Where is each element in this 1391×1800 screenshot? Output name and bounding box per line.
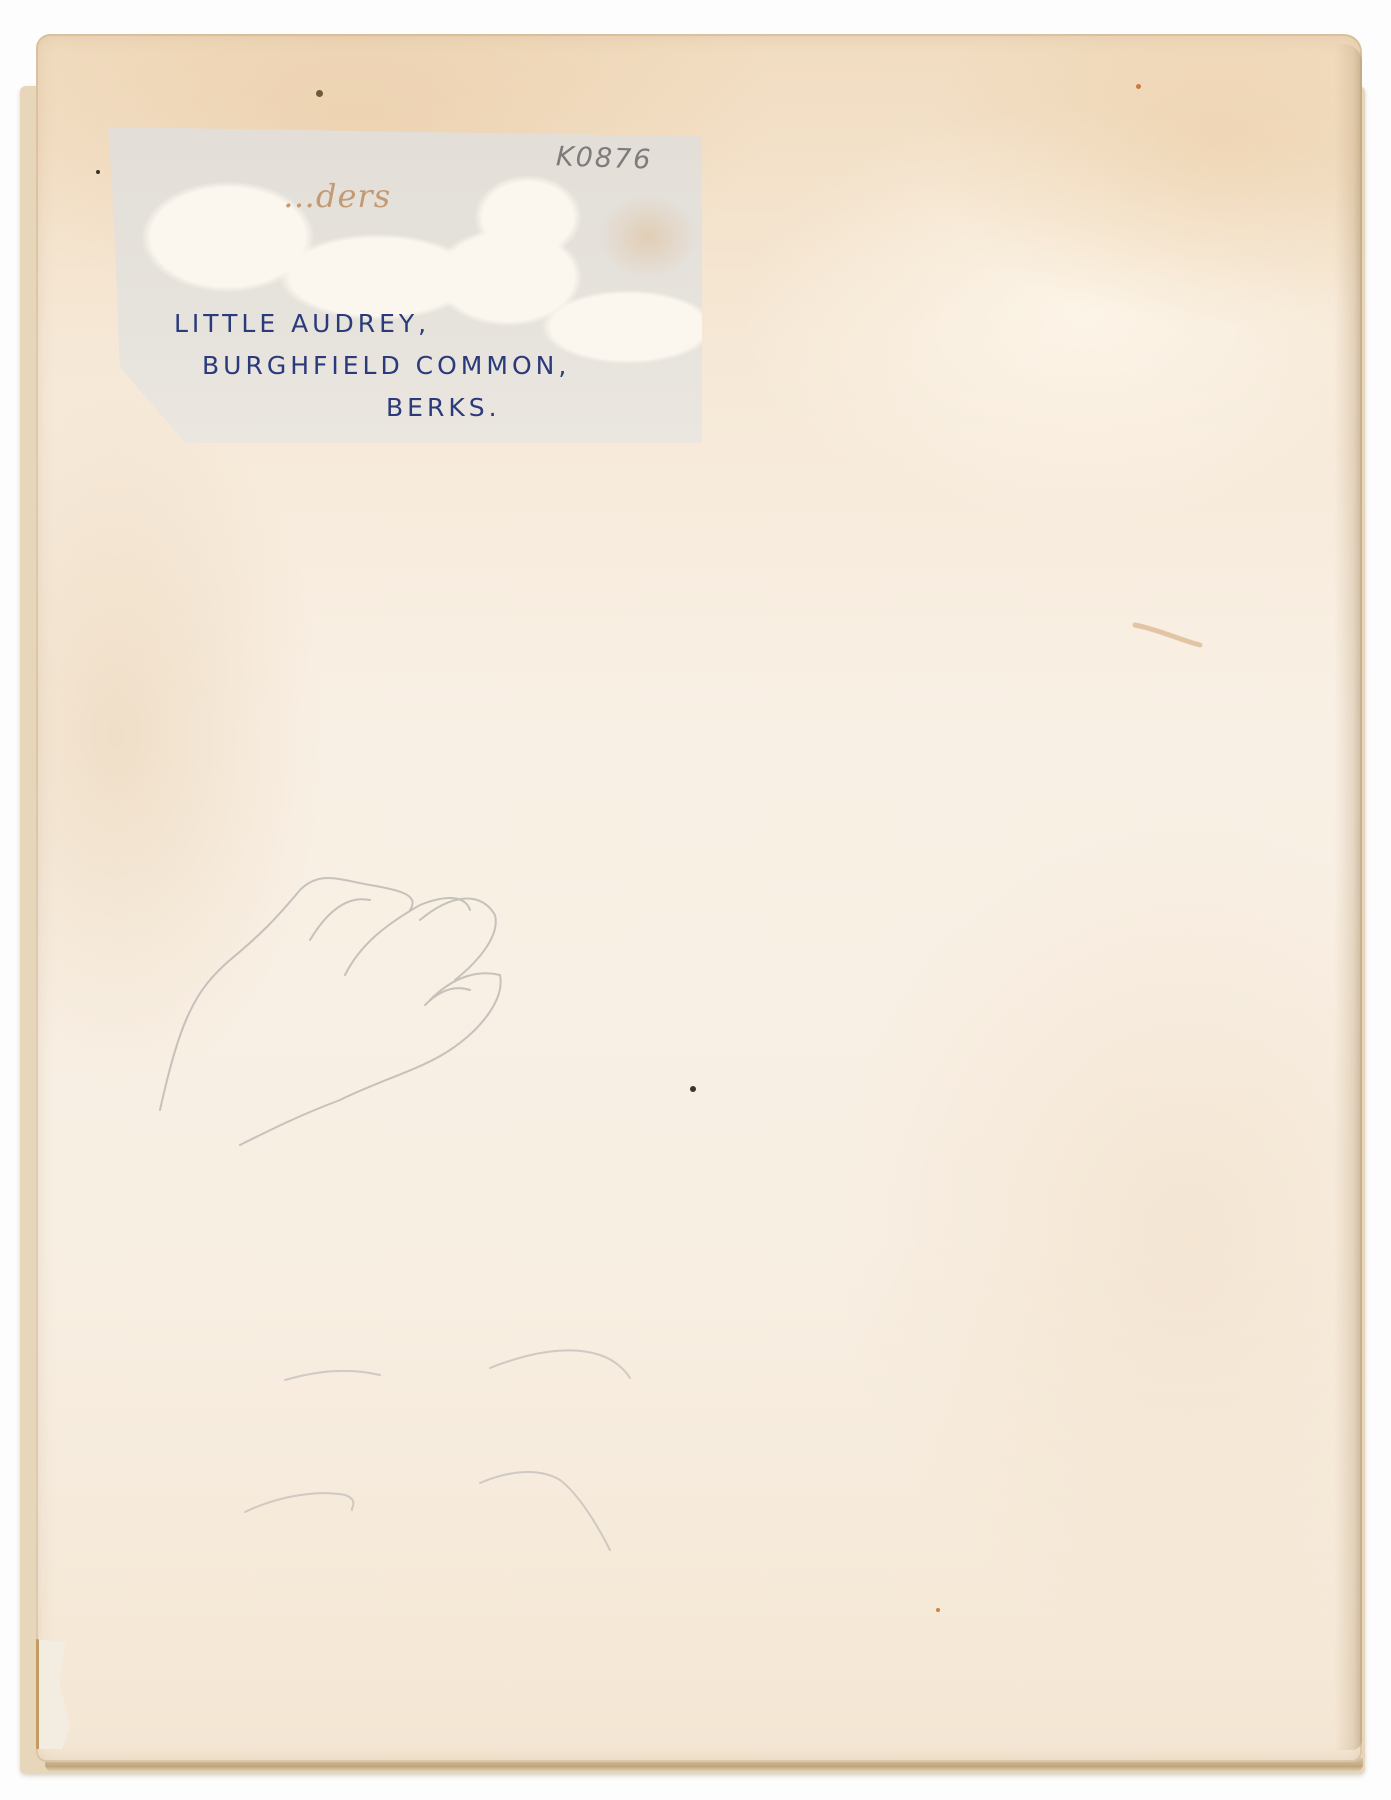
handwritten-fragment: …ders: [283, 177, 391, 215]
address-line-1: LITTLE AUDREY,: [174, 309, 430, 338]
foxing-spot: [690, 1086, 696, 1092]
catalog-number: K0876: [555, 141, 652, 175]
foxing-spot: [316, 90, 323, 97]
foxing-spot: [1136, 84, 1141, 89]
address-line-2: BURGHFIELD COMMON,: [202, 351, 570, 380]
foxing-spot: [936, 1608, 940, 1612]
foxing-spot: [96, 170, 100, 174]
address-label: K0876 …ders LITTLE AUDREY, BURGHFIELD CO…: [108, 127, 702, 443]
address-line-3: BERKS.: [386, 393, 501, 422]
